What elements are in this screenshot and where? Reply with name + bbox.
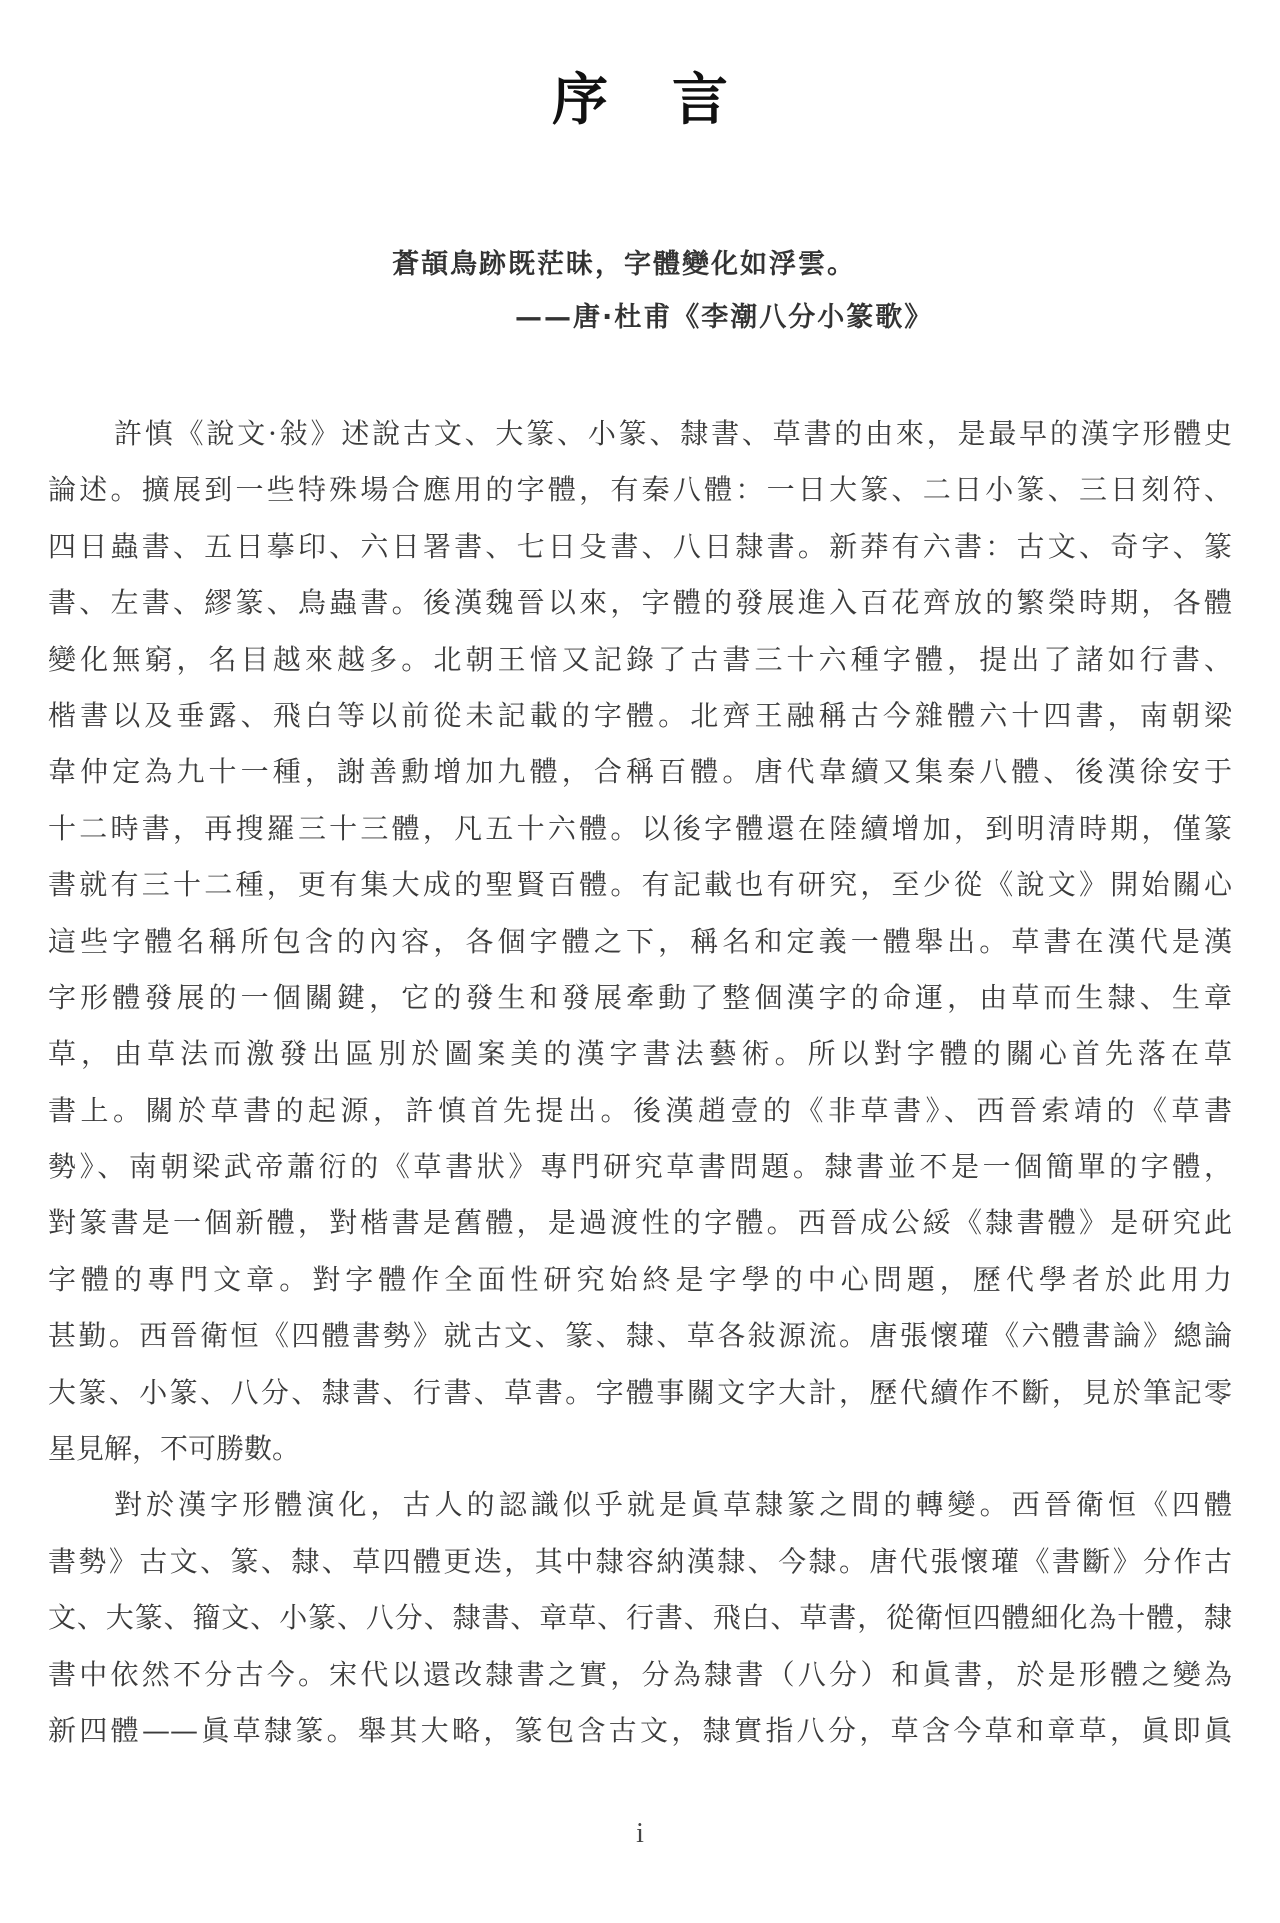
text-line: 書上。關於草書的起源，許慎首先提出。後漢趙壹的《非草書》、西晉索靖的《草書	[48, 1091, 1232, 1147]
document-page: 序言 蒼頡鳥跡既茫昧，字體變化如浮雲。 ——唐·杜甫《李潮八分小篆歌》 許慎《說…	[0, 0, 1280, 1923]
text-line: 大篆、小篆、八分、隸書、行書、草書。字體事關文字大計，歷代續作不斷，見於筆記零	[48, 1373, 1232, 1429]
text-line: 星見解，不可勝數。	[48, 1429, 1232, 1485]
text-line: 草，由草法而激發出區別於圖案美的漢字書法藝術。所以對字體的關心首先落在草	[48, 1034, 1232, 1090]
text-line: 文、大篆、籀文、小篆、八分、隸書、章草、行書、飛白、草書，從衛恒四體細化為十體，…	[48, 1598, 1232, 1654]
text-line: 韋仲定為九十一種，謝善勳增加九體，合稱百體。唐代韋續又集秦八體、後漢徐安于	[48, 752, 1232, 808]
text-line: 字形體發展的一個關鍵，它的發生和發展牽動了整個漢字的命運，由草而生隸、生章	[48, 978, 1232, 1034]
text-line: 對篆書是一個新體，對楷書是舊體，是過渡性的字體。西晉成公綏《隸書體》是研究此	[48, 1203, 1232, 1259]
title-char-1: 序	[552, 68, 608, 132]
epigraph-verse: 蒼頡鳥跡既茫昧，字體變化如浮雲。	[392, 247, 856, 283]
text-line: 書就有三十二種，更有集大成的聖賢百體。有記載也有研究，至少從《說文》開始關心	[48, 865, 1232, 921]
text-line: 四日蟲書、五日摹印、六日署書、七日殳書、八日隸書。新莽有六書：古文、奇字、篆	[48, 527, 1232, 583]
text-line: 書、左書、繆篆、鳥蟲書。後漢魏晉以來，字體的發展進入百花齊放的繁榮時期，各體	[48, 583, 1232, 639]
text-line: 甚勤。西晉衛恒《四體書勢》就古文、篆、隸、草各敍源流。唐張懷瓘《六體書論》總論	[48, 1316, 1232, 1372]
text-line: 書中依然不分古今。宋代以還改隸書之實，分為隸書（八分）和眞書，於是形體之變為	[48, 1655, 1232, 1711]
text-line: 字體的專門文章。對字體作全面性研究始終是字學的中心問題，歷代學者於此用力	[48, 1260, 1232, 1316]
text-line: 變化無窮，名目越來越多。北朝王愔又記錄了古書三十六種字體，提出了諸如行書、	[48, 640, 1232, 696]
text-line: 楷書以及垂露、飛白等以前從未記載的字體。北齊王融稱古今雜體六十四書，南朝梁	[48, 696, 1232, 752]
page-title: 序言	[0, 68, 1280, 132]
text-line: 勢》、南朝梁武帝蕭衍的《草書狀》專門研究草書問題。隸書並不是一個簡單的字體，	[48, 1147, 1232, 1203]
epigraph-attribution: ——唐·杜甫《李潮八分小篆歌》	[515, 300, 933, 336]
page-number: i	[0, 1818, 1280, 1850]
paragraph-2: 對於漢字形體演化，古人的認識似乎就是眞草隸篆之間的轉變。西晉衛恒《四體 書勢》古…	[48, 1485, 1232, 1767]
text-line: 這些字體名稱所包含的內容，各個字體之下，稱名和定義一體舉出。草書在漢代是漢	[48, 922, 1232, 978]
text-line: 十二時書，再搜羅三十三體，凡五十六體。以後字體還在陸續增加，到明清時期，僅篆	[48, 809, 1232, 865]
text-line: 新四體——眞草隸篆。舉其大略，篆包含古文，隸實指八分，草含今草和章草，眞即眞	[48, 1711, 1232, 1767]
body-text: 許慎《說文·敍》述說古文、大篆、小篆、隸書、草書的由來，是最早的漢字形體史 論述…	[48, 414, 1232, 1767]
title-char-2: 言	[672, 68, 728, 132]
paragraph-1: 許慎《說文·敍》述說古文、大篆、小篆、隸書、草書的由來，是最早的漢字形體史 論述…	[48, 414, 1232, 1485]
text-line: 對於漢字形體演化，古人的認識似乎就是眞草隸篆之間的轉變。西晉衛恒《四體	[48, 1485, 1232, 1541]
text-line: 書勢》古文、篆、隸、草四體更迭，其中隸容納漢隸、今隸。唐代張懷瓘《書斷》分作古	[48, 1542, 1232, 1598]
text-line: 論述。擴展到一些特殊場合應用的字體，有秦八體：一日大篆、二日小篆、三日刻符、	[48, 470, 1232, 526]
text-line: 許慎《說文·敍》述說古文、大篆、小篆、隸書、草書的由來，是最早的漢字形體史	[48, 414, 1232, 470]
